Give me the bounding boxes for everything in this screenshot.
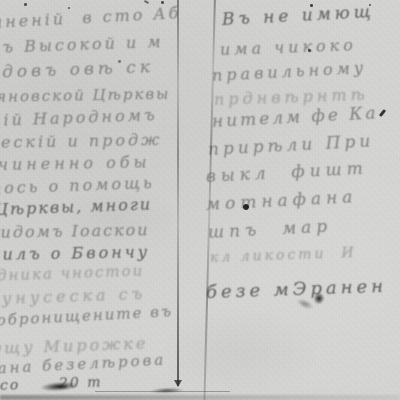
ink-smudge (150, 387, 184, 393)
handwriting-line: одника чностои (0, 261, 145, 285)
ink-speck (369, 4, 371, 6)
ink-speck (161, 1, 164, 4)
handwriting-line: Цѣрквы, многи (0, 194, 152, 219)
handwriting-line: Въ не имющ (221, 2, 375, 30)
ink-speck (310, 4, 313, 7)
handwriting-line: кл ликости И (210, 245, 357, 266)
handwriting-line: прирѣли При (207, 131, 374, 160)
handwriting-line: ній Народномъ (0, 105, 158, 130)
margin-rule (177, 0, 179, 386)
ink-speck (144, 0, 149, 4)
handwriting-line: нидомъ Іоаскои (0, 220, 150, 242)
bottom-edge-shadow (0, 395, 400, 400)
handwriting-line: выкл фишт (205, 159, 368, 187)
scanned-manuscript-page: лненій в сто Аб въ Высокой и м адовъ овѣ… (0, 0, 400, 400)
handwriting-line: ьяновской Цѣрквы (0, 85, 171, 106)
handwriting-line: адовъ овѣ ск (0, 57, 154, 83)
ink-speck (308, 49, 311, 52)
handwriting-line: има чикоко (220, 35, 357, 59)
ink-speck (379, 109, 386, 117)
ink-speck (24, 3, 27, 6)
handwriting-line: килъ о Бвончу (0, 242, 150, 264)
handwriting-line: чиненно обы (0, 152, 151, 174)
handwriting-line: ческій и продж (0, 130, 162, 152)
ink-speck (243, 204, 249, 210)
ink-speck (118, 60, 121, 63)
ink-speck (68, 7, 70, 9)
handwriting-line: правильному (212, 58, 368, 85)
handwriting-line: лненій в сто Аб (0, 3, 182, 32)
arrowhead-mark (174, 380, 182, 387)
handwriting-line: мотнафана (205, 187, 357, 215)
handwriting-line: въ Высокой и м (0, 32, 164, 57)
handwriting-line: шпъ мар (207, 217, 332, 243)
